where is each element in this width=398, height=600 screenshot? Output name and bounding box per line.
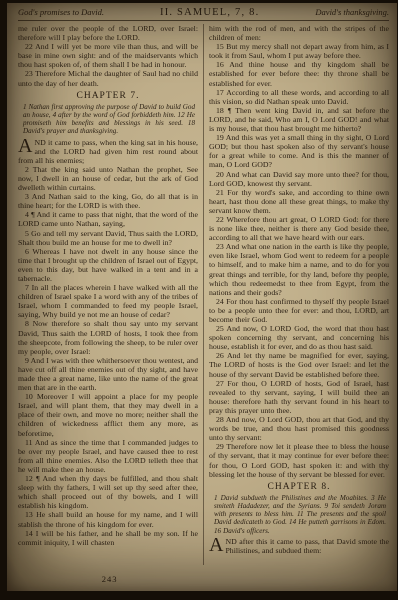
drop-cap: A (18, 138, 34, 155)
right-column: him with the rod of men, and with the st… (204, 24, 389, 565)
chapter-heading: CHAPTER 7. (18, 92, 198, 101)
verse-paragraph: 14 I will be his father, and he shall be… (18, 529, 198, 547)
chapter-summary: 1 David subdueth the Philistines and the… (209, 494, 389, 535)
verse-paragraph: 20 And what can David say more unto thee… (209, 170, 389, 188)
verse-paragraph: 11 And as since the time that I commande… (18, 438, 198, 474)
verse-paragraph: 8 Now therefore so shalt thou say unto m… (18, 319, 198, 355)
running-head-right: David's thanksgiving. (315, 7, 389, 17)
page-number: 243 (18, 574, 201, 584)
running-head: God's promises to David. II. SAMUEL, 7, … (18, 7, 389, 18)
header-rule (18, 20, 389, 21)
verse-paragraph: 25 And now, O LORD God, the word that th… (209, 324, 389, 351)
verse-paragraph: 19 And this was yet a small thing in thy… (209, 133, 389, 169)
verse-paragraph: 24 For thou hast confirmed to thyself th… (209, 297, 389, 324)
verse-paragraph: 27 For thou, O LORD of hosts, God of Isr… (209, 379, 389, 415)
verse-paragraph: 18 ¶ Then went king David in, and sat be… (209, 106, 389, 133)
text-columns: me ruler over the people of the LORD, ov… (18, 24, 389, 565)
verse-paragraph: 3 And Nathan said to the king, Go, do al… (18, 192, 198, 210)
verse-paragraph: 13 He shall build an house for my name, … (18, 510, 198, 528)
verse-text: ND after this it came to pass, that Davi… (225, 537, 389, 555)
verse-paragraph: 28 And now, O Lord GOD, thou art that Go… (209, 415, 389, 442)
verse-paragraph: 12 ¶ And when thy days be fulfilled, and… (18, 474, 198, 510)
verse-paragraph: AND after this it came to pass, that Dav… (209, 537, 389, 555)
verse-paragraph: 5 Go and tell my servant David, Thus sai… (18, 229, 198, 247)
running-head-left: God's promises to David. (18, 7, 104, 17)
verse-paragraph: 10 Moreover I will appoint a place for m… (18, 392, 198, 437)
verse-paragraph: 23 Therefore Michal the daughter of Saul… (18, 69, 198, 87)
verse-paragraph: 9 And I was with thee whithersoever thou… (18, 356, 198, 392)
verse-paragraph: 21 For thy word's sake, and according to… (209, 188, 389, 215)
verse-paragraph: 15 But my mercy shall not depart away fr… (209, 42, 389, 60)
verse-paragraph: 4 ¶ And it came to pass that night, that… (18, 210, 198, 228)
chapter-heading: CHAPTER 8. (209, 483, 389, 492)
running-head-title: II. SAMUEL, 7, 8. (160, 7, 259, 18)
verse-paragraph: 23 And what one nation in the earth is l… (209, 242, 389, 297)
verse-paragraph: 6 Whereas I have not dwelt in any house … (18, 247, 198, 283)
drop-cap: A (209, 537, 225, 554)
chapter-summary: 1 Nathan first approving the purpose of … (18, 103, 198, 136)
book-page-photo: God's promises to David. II. SAMUEL, 7, … (0, 0, 398, 600)
verse-paragraph: him with the rod of men, and with the st… (209, 24, 389, 42)
bible-page: God's promises to David. II. SAMUEL, 7, … (7, 3, 397, 591)
verse-paragraph: 22 Wherefore thou art great, O LORD God:… (209, 215, 389, 242)
verse-paragraph: 16 And thine house and thy kingdom shall… (209, 60, 389, 87)
verse-text: ND it came to pass, when the king sat in… (18, 138, 198, 165)
left-column: me ruler over the people of the LORD, ov… (18, 24, 203, 565)
verse-paragraph: 17 According to all these words, and acc… (209, 88, 389, 106)
verse-paragraph: 2 That the king said unto Nathan the pro… (18, 165, 198, 192)
verse-paragraph: 7 In all the places wherein I have walke… (18, 283, 198, 319)
verse-paragraph: 29 Therefore now let it please thee to b… (209, 442, 389, 478)
verse-paragraph: me ruler over the people of the LORD, ov… (18, 24, 198, 42)
verse-paragraph: AND it came to pass, when the king sat i… (18, 138, 198, 165)
verse-paragraph: 26 And let thy name be magnified for eve… (209, 351, 389, 378)
verse-paragraph: 22 And I will yet be more vile than thus… (18, 42, 198, 69)
